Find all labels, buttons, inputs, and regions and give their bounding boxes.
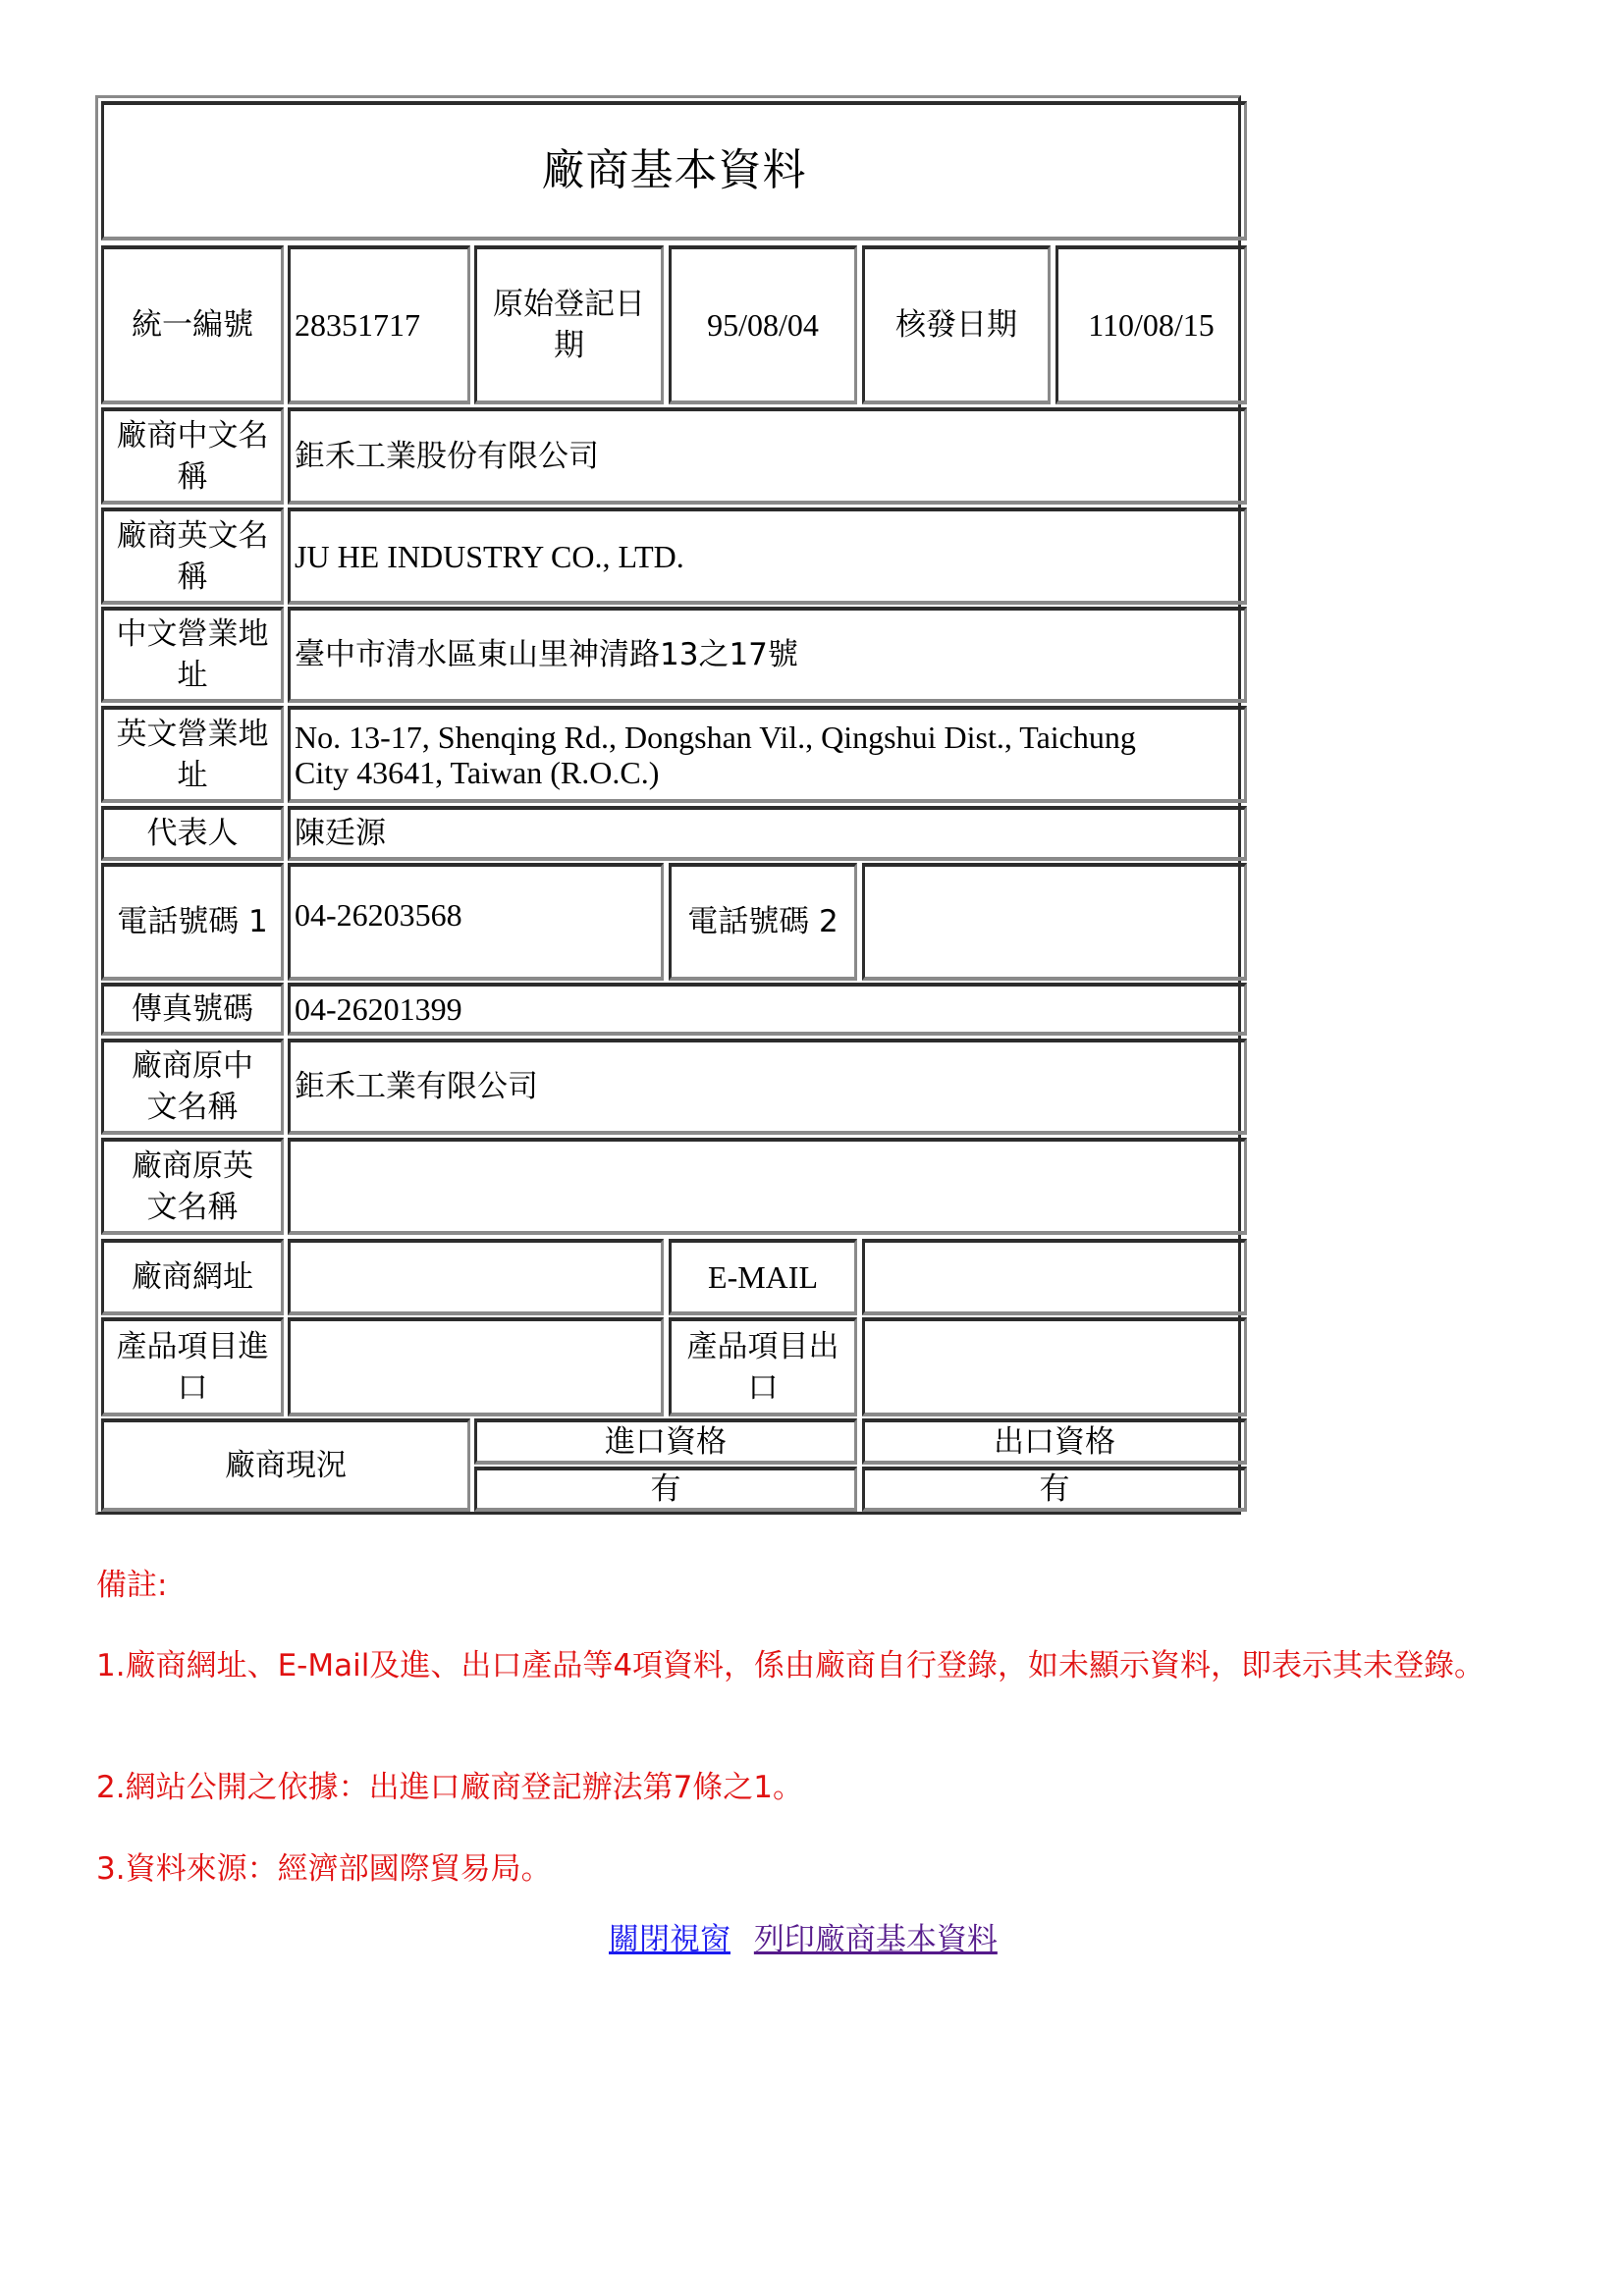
import-products-value [288,1317,664,1416]
status-label: 廠商現況 [101,1418,470,1512]
phone2-value [862,863,1247,981]
email-value [862,1239,1247,1315]
phone1-value: 04-26203568 [288,863,664,981]
note-item: 2.網站公開之依據：出進口廠商登記辦法第7條之1。 [96,1767,803,1808]
name-zh-value: 鉅禾工業股份有限公司 [288,407,1247,505]
phone2-label: 電話號碼 2 [669,863,857,981]
addr-zh-label: 中文營業地址 [101,607,284,703]
rep-label: 代表人 [101,806,284,861]
website-label: 廠商網址 [101,1239,284,1315]
close-window-link[interactable]: 關閉視窗 [609,1922,730,1957]
email-label: E-MAIL [669,1239,857,1315]
notes-heading: 備註: [96,1565,167,1606]
orig-name-en-value [288,1138,1247,1235]
addr-en-label: 英文營業地址 [101,706,284,803]
rep-value: 陳廷源 [288,806,1247,861]
addr-en-value: No. 13-17, Shenqing Rd., Dongshan Vil., … [288,706,1247,803]
issue-date-value: 110/08/15 [1055,245,1247,404]
orig-name-zh-label: 廠商原中文名稱 [101,1039,284,1135]
orig-name-en-label: 廠商原英文名稱 [101,1138,284,1235]
print-company-info-link[interactable]: 列印廠商基本資料 [754,1922,998,1957]
fax-label: 傳真號碼 [101,983,284,1036]
name-en-value: JU HE INDUSTRY CO., LTD. [288,507,1247,605]
name-zh-label: 廠商中文名稱 [101,407,284,505]
addr-zh-value: 臺中市清水區東山里神清路13之17號 [288,607,1247,703]
orig-reg-date-label: 原始登記日期 [474,245,664,404]
import-products-label: 產品項目進口 [101,1317,284,1416]
orig-name-zh-value: 鉅禾工業有限公司 [288,1039,1247,1135]
website-value [288,1239,664,1315]
orig-reg-date-value: 95/08/04 [669,245,857,404]
ban-value: 28351717 [288,245,470,404]
export-qual-value: 有 [862,1467,1247,1512]
export-products-value [862,1317,1247,1416]
import-qual-value: 有 [474,1467,857,1512]
name-en-label: 廠商英文名稱 [101,507,284,605]
note-item: 3.資料來源：經濟部國際貿易局。 [96,1848,552,1890]
ban-label: 統一編號 [101,245,284,404]
export-products-label: 產品項目出口 [669,1317,857,1416]
export-qual-label: 出口資格 [862,1418,1247,1465]
note-item: 1.廠商網址、E-Mail及進、出口產品等4項資料，係由廠商自行登錄，如未顯示資… [96,1645,1540,1686]
issue-date-label: 核發日期 [862,245,1051,404]
import-qual-label: 進口資格 [474,1418,857,1465]
table-title: 廠商基本資料 [101,101,1247,240]
fax-value: 04-26201399 [288,983,1247,1036]
phone1-label: 電話號碼 1 [101,863,284,981]
footer-links: 關閉視窗 列印廠商基本資料 [609,1914,998,1958]
